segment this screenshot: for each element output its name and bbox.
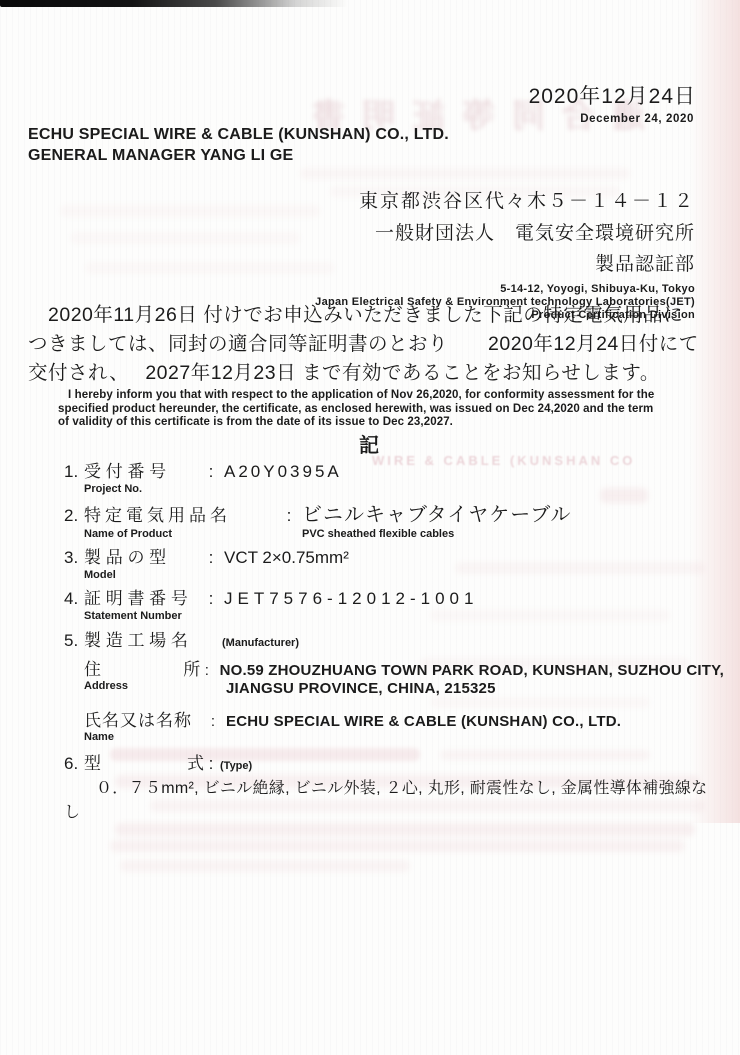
name-label-jp: 氏名又は名称 bbox=[84, 706, 206, 731]
scanned-certificate-page: { "doc": { "issued_date_jp": "2020年12月24… bbox=[0, 0, 740, 1055]
item-label-en: (Manufacturer) bbox=[222, 637, 299, 649]
item-label-jp: 受 付 番 号 bbox=[84, 457, 204, 482]
item-statement-number: 4. 証 明 書 番 号 : JET7576-12012-1001 Statem… bbox=[40, 584, 724, 622]
manufacturer-name-value: ECHU SPECIAL WIRE & CABLE (KUNSHAN) CO.,… bbox=[226, 713, 621, 730]
body-jp-line: つきましては、同封の適合同等証明書のとおり 2020年12月24日付にて bbox=[28, 330, 722, 359]
item-colon: : bbox=[204, 548, 218, 568]
item-label-en: Name of Product bbox=[84, 528, 238, 540]
ghost-smudge bbox=[60, 205, 320, 217]
type-label-left: 型 bbox=[84, 749, 101, 774]
item-colon: : bbox=[282, 506, 296, 526]
scanner-edge-shadow bbox=[0, 0, 348, 7]
body-jp-line: 交付され、 2027年12月23日 まで有効であることをお知らせします。 bbox=[28, 359, 722, 388]
item-label-jp: 型 式 bbox=[84, 749, 204, 774]
product-name-value-jp: ビニルキャブタイヤケーブル bbox=[302, 498, 571, 527]
body-en-line: specified product hereunder, the certifi… bbox=[58, 403, 722, 417]
model-value: VCT 2×0.75mm² bbox=[224, 548, 349, 568]
manufacturer-address-line2: JIANGSU PROVINCE, CHINA, 215325 bbox=[226, 680, 496, 697]
name-label-en: Name bbox=[84, 731, 724, 743]
ghost-smudge bbox=[70, 232, 300, 244]
ghost-smudge bbox=[120, 860, 410, 872]
issue-date-block: 2020年12月24日 December 24, 2020 bbox=[529, 80, 696, 125]
product-name-value-en: PVC sheathed flexible cables bbox=[302, 528, 454, 540]
item-label-jp: 証 明 書 番 号 bbox=[84, 584, 204, 609]
item-number: 2. bbox=[40, 506, 84, 526]
body-en-line: I hereby inform you that with respect to… bbox=[58, 389, 722, 403]
address-label-en: Address bbox=[84, 680, 226, 692]
item-label-jp: 製 品 の 型 bbox=[84, 543, 204, 568]
address-label-jp: 住 所 bbox=[84, 655, 200, 680]
item-label-jp: 特定電気用品名 bbox=[84, 501, 282, 526]
issuer-division-jp: 製品認証部 bbox=[315, 249, 695, 276]
type-label-right: 式 bbox=[187, 749, 204, 774]
item-number: 6. bbox=[40, 754, 84, 774]
type-value: ０．７５mm², ビニル絶縁, ビニル外装, ２心, 丸形, 耐震性なし, 金属… bbox=[64, 777, 712, 825]
issuer-address-jp: 東京都渋谷区代々木５－１４－１２ bbox=[315, 186, 695, 213]
body-en-line: of validity of this certificate is from … bbox=[58, 416, 722, 430]
item-product-name: 2. 特定電気用品名 : ビニルキャブタイヤケーブル Name of Produ… bbox=[40, 498, 724, 540]
item-colon: : bbox=[206, 713, 220, 730]
ghost-smudge bbox=[300, 168, 630, 179]
record-heading: 記 bbox=[0, 429, 740, 458]
item-label-en: Statement Number bbox=[84, 610, 724, 622]
item-project-no: 1. 受 付 番 号 : A20Y0395A Project No. bbox=[40, 457, 724, 495]
issue-date-english: December 24, 2020 bbox=[529, 113, 694, 125]
item-number: 1. bbox=[40, 462, 84, 482]
ghost-smudge bbox=[110, 840, 685, 852]
item-number: 3. bbox=[40, 548, 84, 568]
item-model: 3. 製 品 の 型 : VCT 2×0.75mm² Model bbox=[40, 543, 724, 581]
notification-body-japanese: 2020年11月26日 付けでお申込みいただきました下記の特定電気用品に つきま… bbox=[28, 301, 722, 388]
item-type: 6. 型 式 : (Type) ０．７５mm², ビニル絶縁, ビニル外装, ２… bbox=[40, 749, 724, 825]
recipient-manager: GENERAL MANAGER YANG LI GE bbox=[28, 145, 449, 166]
body-jp-line: 2020年11月26日 付けでお申込みいただきました下記の特定電気用品に bbox=[28, 301, 722, 330]
item-label-en: Model bbox=[84, 569, 724, 581]
issuer-address-en: 5-14-12, Yoyogi, Shibuya-Ku, Tokyo bbox=[315, 283, 695, 296]
type-tag-en: (Type) bbox=[220, 760, 252, 772]
item-colon: : bbox=[204, 462, 218, 482]
ghost-smudge bbox=[85, 262, 335, 274]
item-colon: : bbox=[200, 662, 213, 679]
statement-number-value: JET7576-12012-1001 bbox=[224, 589, 478, 609]
item-colon: : bbox=[204, 589, 218, 609]
address-label-right: 所 bbox=[183, 655, 200, 680]
address-label-left: 住 bbox=[84, 655, 101, 680]
manufacturer-address-line1: NO.59 ZHOUZHUANG TOWN PARK ROAD, KUNSHAN… bbox=[220, 662, 724, 679]
issue-date-japanese: 2020年12月24日 bbox=[529, 80, 696, 110]
recipient-company: ECHU SPECIAL WIRE & CABLE (KUNSHAN) CO.,… bbox=[28, 124, 449, 145]
recipient-block: ECHU SPECIAL WIRE & CABLE (KUNSHAN) CO.,… bbox=[28, 124, 449, 166]
item-manufacturer: 5. 製 造 工 場 名 (Manufacturer) 住 所 : NO.59 … bbox=[40, 626, 724, 743]
issuer-organization-jp: 一般財団法人 電気安全環境研究所 bbox=[315, 218, 695, 245]
item-label-jp: 製 造 工 場 名 bbox=[84, 626, 220, 651]
item-label-en: Project No. bbox=[84, 483, 724, 495]
item-colon: : bbox=[204, 754, 218, 774]
item-number: 5. bbox=[40, 631, 84, 651]
record-items: 1. 受 付 番 号 : A20Y0395A Project No. 2. 特定… bbox=[40, 457, 724, 825]
notification-body-english: I hereby inform you that with respect to… bbox=[58, 389, 722, 430]
project-no-value: A20Y0395A bbox=[224, 462, 342, 482]
item-number: 4. bbox=[40, 589, 84, 609]
